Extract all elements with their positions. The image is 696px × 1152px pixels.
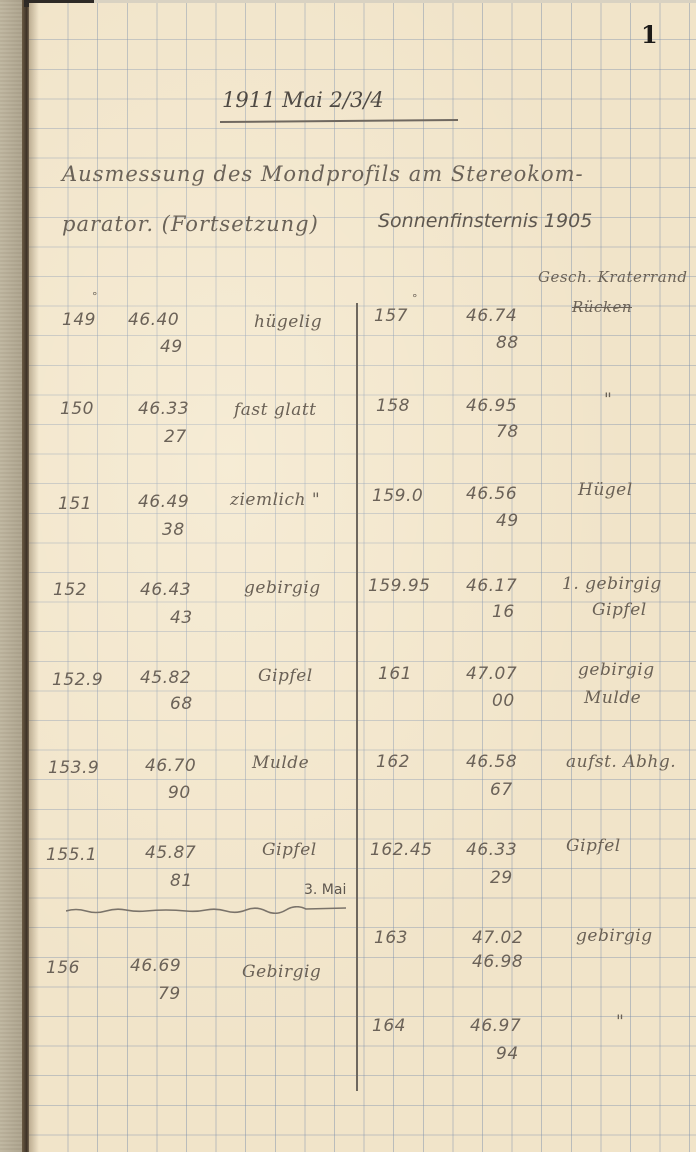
remark: Hügel [578, 480, 633, 500]
reading-2: 46.98 [472, 952, 523, 972]
position-value: 164 [372, 1016, 406, 1036]
remark: gebirgig [576, 926, 653, 946]
reading-1: 46.70 [145, 756, 196, 776]
reading-2: 79 [158, 984, 181, 1004]
reading-2: 16 [492, 602, 515, 622]
position-value: 156 [46, 958, 80, 978]
remark: hügelig [254, 312, 322, 332]
day-separator-wavy-line [66, 906, 346, 914]
reading-1: 47.07 [466, 664, 517, 684]
remark: Gipfel [262, 840, 317, 860]
page-edge-shadow [29, 3, 39, 1152]
reading-2: 29 [490, 868, 513, 888]
reading-1: 45.87 [145, 843, 196, 863]
remark: fast glatt [234, 400, 317, 420]
position-value: 150 [60, 399, 94, 419]
remark-2: Mulde [584, 688, 641, 708]
remark: ziemlich " [230, 490, 320, 510]
remark: Gesch. Kraterrand [538, 268, 687, 286]
remark-struck: Rücken [572, 298, 632, 316]
remark: " [616, 1012, 624, 1032]
reading-1: 46.17 [466, 576, 517, 596]
reading-2: 88 [496, 333, 519, 353]
reading-2: 94 [496, 1044, 519, 1064]
column-divider [356, 303, 358, 1091]
position-value: 161 [378, 664, 412, 684]
reading-2: 68 [170, 694, 193, 714]
reading-1: 46.97 [470, 1016, 521, 1036]
date-title: 1911 Mai 2/3/4 [222, 88, 384, 112]
remark: Mulde [252, 753, 309, 773]
position-value: 151 [58, 494, 92, 514]
reading-1: 45.82 [140, 668, 191, 688]
remark: " [604, 390, 612, 410]
heading-line-1: Ausmessung des Mondprofils am Stereokom- [62, 162, 584, 186]
reading-1: 46.33 [138, 399, 189, 419]
reading-1: 46.95 [466, 396, 517, 416]
reading-2: 78 [496, 422, 519, 442]
remark: Gipfel [258, 666, 313, 686]
reading-1: 46.56 [466, 484, 517, 504]
reading-1: 46.69 [130, 956, 181, 976]
degree-mark: ° [412, 292, 418, 305]
position-value: 163 [374, 928, 408, 948]
reading-1: 46.49 [138, 492, 189, 512]
reading-2: 38 [162, 520, 185, 540]
day-note: 3. Mai [304, 882, 346, 898]
heading-line-2: parator. (Fortsetzung) [62, 212, 319, 236]
position-value: 155.1 [46, 845, 97, 865]
reading-1: 47.02 [472, 928, 523, 948]
position-value: 159.0 [372, 486, 423, 506]
position-value: 153.9 [48, 758, 99, 778]
position-value: 158 [376, 396, 410, 416]
reading-2: 00 [492, 691, 515, 711]
reading-2: 49 [496, 511, 519, 531]
reading-2: 27 [164, 427, 187, 447]
remark: Gipfel [566, 836, 621, 856]
remark: aufst. Abhg. [566, 752, 676, 772]
position-value: 152.9 [52, 670, 103, 690]
reading-2: 43 [170, 608, 193, 628]
reading-2: 90 [168, 783, 191, 803]
position-value: 162 [376, 752, 410, 772]
reading-1: 46.33 [466, 840, 517, 860]
remark: 1. gebirgig [562, 574, 662, 594]
remark: Gebirgig [242, 962, 321, 982]
reading-1: 46.40 [128, 310, 179, 330]
reading-2: 81 [170, 871, 193, 891]
position-value: 162.45 [370, 840, 432, 860]
reading-2: 67 [490, 780, 513, 800]
reading-2: 49 [160, 337, 183, 357]
degree-mark: ° [92, 290, 98, 303]
remark: gebirgig [244, 578, 321, 598]
position-value: 159.95 [368, 576, 430, 596]
position-value: 152 [53, 580, 87, 600]
reading-1: 46.58 [466, 752, 517, 772]
position-value: 149 [62, 310, 96, 330]
position-value: 157 [374, 306, 408, 326]
page-number: 1 [641, 20, 658, 49]
reading-1: 46.74 [466, 306, 517, 326]
heading-eclipse-note: Sonnenfinsternis 1905 [378, 210, 592, 232]
reading-1: 46.43 [140, 580, 191, 600]
remark: gebirgig [578, 660, 655, 680]
remark-2: Gipfel [592, 600, 647, 620]
